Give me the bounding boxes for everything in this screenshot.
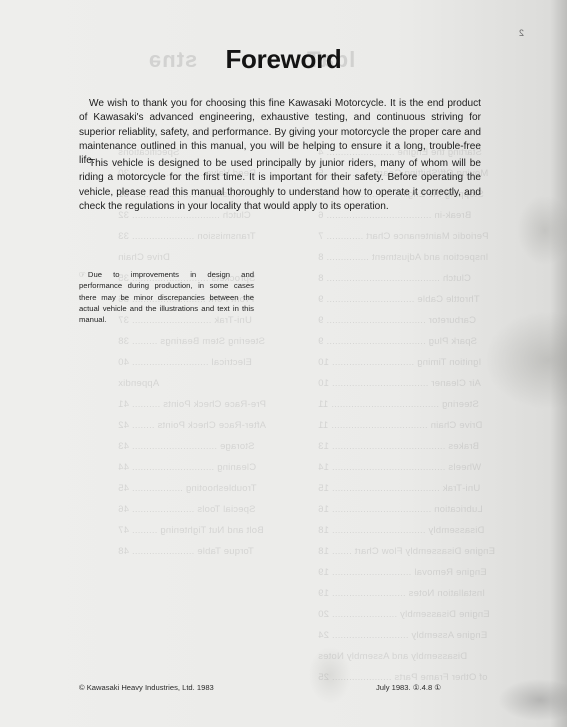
bleed-through-line: Carburetor .............................… [318, 315, 476, 326]
bleed-through-line: Spark Plug .............................… [318, 336, 477, 347]
bleed-through-line: Inspection and Adjustment ..............… [318, 252, 488, 263]
bleed-through-line: Clutch .................................… [318, 273, 471, 284]
bleed-through-line: Pre-Race Check Points .......... 41 [118, 399, 266, 410]
production-note: ☞Due to improvements in design and perfo… [79, 269, 254, 325]
bleed-through-line: Torque Table ...................... 48 [118, 546, 254, 557]
bleed-through-line: Brakes .................................… [318, 441, 479, 452]
bleed-through-line: Installation Notes .....................… [318, 588, 485, 599]
copyright-notice: © Kawasaki Heavy Industries, Ltd. 1983 [79, 683, 214, 692]
bleed-through-line: Bolt and Nut Tightening ......... 47 [118, 525, 264, 536]
bleed-through-line: Troubleshooting .................. 45 [118, 483, 257, 494]
page-title: Foreword [0, 44, 567, 75]
manual-page: 2 stnə ldaT Starting the Engine ........… [0, 0, 567, 727]
bleed-through-line: Disassembly ............................… [318, 525, 484, 536]
bleed-through-line: Uni-Trak ...............................… [318, 483, 480, 494]
foreword-paragraph-2: This vehicle is designed to be used prin… [79, 157, 481, 214]
edition-date: July 1983. ①.4.8 ① [376, 683, 441, 692]
page-mark: 2 [519, 28, 524, 38]
bleed-through-line: Wheels .................................… [318, 462, 481, 473]
bleed-through-line: of Other Frame Parts ...................… [318, 672, 488, 683]
bleed-through-line: Storage .............................. 4… [118, 441, 255, 452]
bleed-through-line: Engine Removal .........................… [318, 567, 487, 578]
bleed-through-line: Engine Disassembly .....................… [318, 609, 490, 620]
note-text: Due to improvements in design and perfor… [79, 270, 254, 324]
bleed-through-line: Throttle Cable .........................… [318, 294, 480, 305]
pointing-hand-icon: ☞ [79, 270, 86, 279]
bleed-through-line: After-Race Check Points ........ 42 [118, 420, 266, 431]
bleed-through-line: Engine Disassembly Flow Chart ....... 18 [318, 546, 495, 557]
bleed-through-line: Appendix [118, 378, 159, 389]
bleed-through-line: Ignition Timing ........................… [318, 357, 481, 368]
bleed-through-line: Engine Assembly ........................… [318, 630, 487, 641]
bleed-through-line: Drive Chain ............................… [318, 420, 482, 431]
bleed-through-line: Air Cleaner ............................… [318, 378, 481, 389]
bleed-through-line: Electrical ........................... 4… [118, 357, 252, 368]
bleed-through-line: Cleaning ............................. 4… [118, 462, 256, 473]
bleed-through-line: Steering ...............................… [318, 399, 479, 410]
bleed-through-line: Steering Stem Bearings ......... 38 [118, 336, 265, 347]
bleed-through-line: Periodic Maintenance Chart .............… [318, 231, 489, 242]
bleed-through-line: Drive Chain [118, 252, 170, 263]
bleed-through-line: Lubrication ............................… [318, 504, 483, 515]
bleed-through-line: Special Tools ...................... 46 [118, 504, 256, 515]
bleed-through-line: Disassembly and Assembly Notes [318, 651, 467, 662]
bleed-through-line: Transmission ...................... 33 [118, 231, 256, 242]
